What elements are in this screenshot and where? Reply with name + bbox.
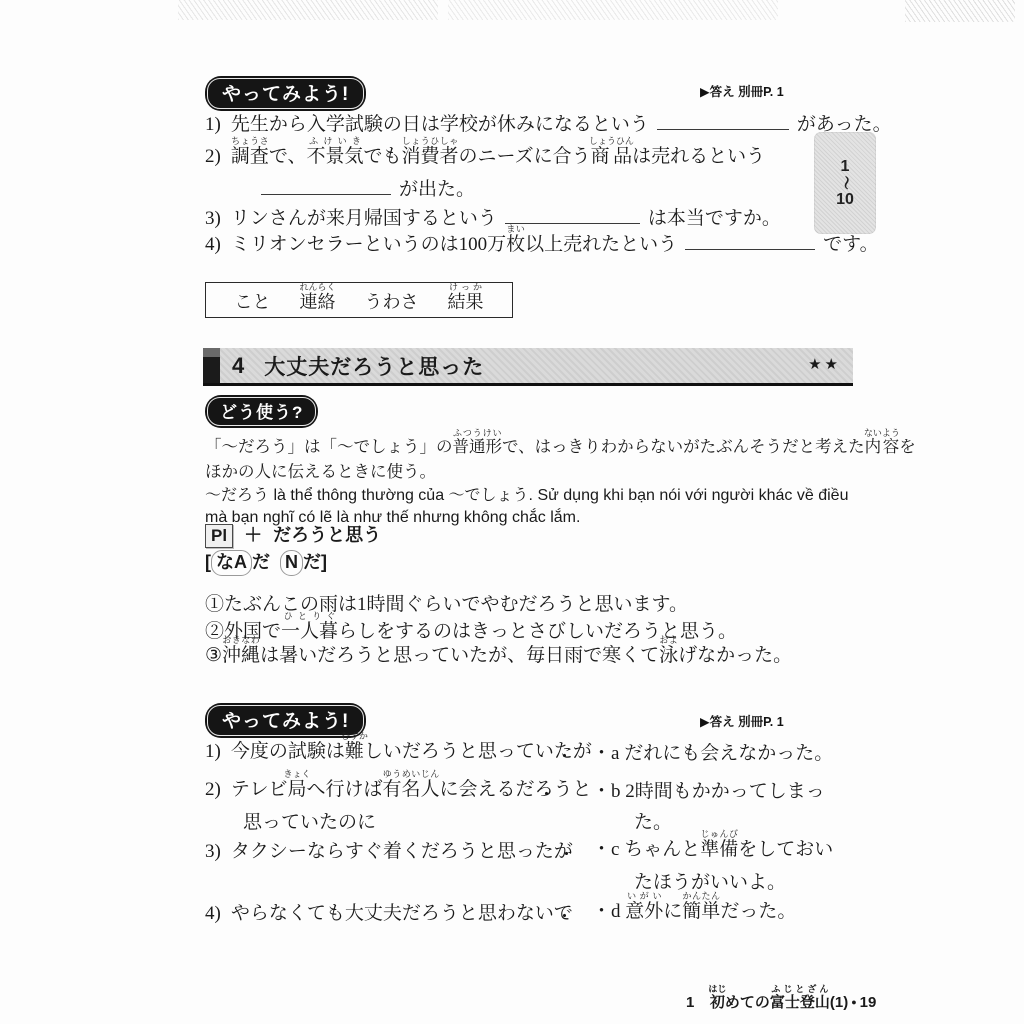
match-right-d: ・d 意外いがいに簡単かんたんだった。	[592, 891, 796, 924]
scan-artifact-band	[448, 0, 778, 20]
explanation-vi-line1: ～だろう là thể thông thường của ～でしょう. Sử d…	[205, 486, 848, 506]
example-3: ③沖縄おきなわは暑いだろうと思っていたが、毎日雨で寒くて泳およげなかった。	[205, 635, 792, 668]
match-left-4: 4)やらなくても大丈夫だろうと思わないで	[205, 902, 573, 926]
answer-blank	[261, 179, 391, 195]
match-left-1: 1)今度の試験は難むずかしいだろうと思っていたが	[205, 731, 592, 764]
answer-blank	[505, 208, 640, 224]
section-header-bar: 4 大丈夫だろうと思った ★★	[203, 348, 853, 386]
textbook-page: 1 〜 10 やってみよう! ▶答え 別冊P. 1 1)先生から入学試験の日は学…	[0, 0, 1024, 1024]
word-bank: こと 連絡れんらく うわさ 結果けっか	[205, 282, 513, 318]
page-footer: 1初はじめての富士登山ふじとざん(1)●19	[686, 984, 876, 1012]
noun-pill: N	[280, 550, 303, 576]
match-dot: ・	[556, 742, 573, 767]
answer-blank	[685, 234, 815, 250]
match-dot: ・	[538, 780, 555, 805]
explanation-jp-line1: 「～だろう」は「～でしょう」の普通形ふつうけいで、はっきりわからないがたぶんそう…	[205, 428, 916, 458]
item-text: 先生から入学試験の日は学校が休みになるという	[231, 114, 649, 135]
section-number-block	[203, 348, 220, 383]
item-text: やらなくても大丈夫だろうと思わないで	[231, 903, 573, 924]
item-text: 今度の試験は難むずかしいだろうと思っていたが	[231, 741, 592, 762]
word-bank-option: うわさ	[364, 288, 418, 314]
item-text: 調査ちょうさで、不景気ふけいきでも消費者しょうひしゃのニーズに合う商品しょうひん…	[231, 146, 765, 167]
exercise1-item-2: 2)調査ちょうさで、不景気ふけいきでも消費者しょうひしゃのニーズに合う商品しょう…	[205, 136, 765, 169]
lesson-title: 初はじめての富士登山ふじとざん(1)	[708, 994, 848, 1011]
na-adjective-pill: なA	[211, 550, 252, 576]
plus-sign: ＋	[244, 525, 262, 545]
section-title: 大丈夫だろうと思った	[264, 351, 484, 381]
exercise1-item-4: 4)ミリオンセラーというのは100万枚まい以上売れたというです。	[205, 224, 879, 257]
item-number: 4)	[205, 233, 221, 257]
option-label: ・d	[592, 901, 625, 922]
exercise1-item-2-line2: が出た。	[253, 178, 475, 202]
word-bank-option: 連絡れんらく	[299, 282, 335, 314]
how-to-use-badge: どう使う?	[205, 395, 318, 428]
tab-range-end: 10	[836, 191, 854, 209]
match-dot: ・	[556, 902, 573, 927]
match-left-2: 2)テレビ局きょくへ行けば有名人ゆうめいじんに会えるだろうと	[205, 769, 592, 802]
item-text-after-blank: が出た。	[399, 179, 475, 200]
tab-range-start: 1	[841, 158, 850, 176]
item-text-after-blank: があった。	[797, 114, 892, 135]
answer-reference: ▶答え 別冊P. 1	[700, 82, 784, 100]
scan-artifact-band	[178, 0, 438, 20]
page-marker-icon: ●	[851, 997, 856, 1007]
da-copula: だ	[252, 552, 270, 572]
plain-form-box: Pl	[205, 524, 233, 548]
match-left-3: 3)タクシーならすぐ着くだろうと思ったが	[205, 840, 573, 864]
pattern-text: だろうと思う	[273, 525, 381, 545]
page-number: 19	[860, 994, 877, 1011]
item-number: 1)	[205, 113, 221, 137]
item-number: 2)	[205, 145, 221, 169]
answer-reference: ▶答え 別冊P. 1	[700, 712, 784, 730]
item-number: 2)	[205, 778, 221, 802]
exercise1-item-1: 1)先生から入学試験の日は学校が休みになるというがあった。	[205, 113, 892, 137]
item-text-after-blank: です。	[823, 234, 878, 255]
lesson-number: 1	[686, 994, 694, 1011]
item-text: ミリオンセラーというのは100万枚まい以上売れたという	[231, 234, 677, 255]
match-right-c: ・c ちゃんと準備じゅんびをしておい	[592, 829, 833, 862]
option-text: 意外いがいに簡単かんたんだった。	[625, 901, 796, 922]
option-label: ・b	[592, 781, 625, 802]
item-number: 4)	[205, 902, 221, 926]
word-bank-option: こと	[234, 288, 270, 314]
da-copula: だ]	[303, 552, 327, 572]
option-text: だれにも会えなかった。	[624, 743, 833, 764]
option-text: ちゃんと準備じゅんびをしておい	[624, 839, 833, 860]
word-bank-option: 結果けっか	[447, 282, 483, 314]
tab-range-wave-icon: 〜	[836, 176, 854, 190]
match-right-a: ・a だれにも会えなかった。	[592, 742, 833, 766]
section-number: 4	[232, 353, 244, 379]
pattern-bracket-line: [なAだNだ]	[205, 550, 327, 576]
difficulty-stars: ★★	[808, 355, 841, 373]
try-it-badge: やってみよう!	[205, 76, 366, 111]
scan-artifact-band	[905, 0, 1015, 22]
option-label: ・a	[592, 743, 624, 764]
item-text: タクシーならすぐ着くだろうと思ったが	[231, 841, 573, 862]
option-text: 2時間もかかってしまっ	[625, 781, 825, 802]
option-label: ・c	[592, 839, 624, 860]
explanation-jp-line2: ほかの人に伝えるときに使う。	[205, 462, 436, 483]
item-number: 1)	[205, 740, 221, 764]
match-left-2-line2: 思っていたのに	[243, 811, 376, 835]
match-right-b: ・b 2時間もかかってしまっ	[592, 780, 825, 804]
pattern-line: Pl ＋ だろうと思う	[205, 524, 381, 548]
answer-blank	[657, 114, 789, 130]
chapter-range-tab: 1 〜 10	[814, 132, 876, 234]
match-dot: ・	[558, 840, 575, 865]
item-number: 3)	[205, 840, 221, 864]
